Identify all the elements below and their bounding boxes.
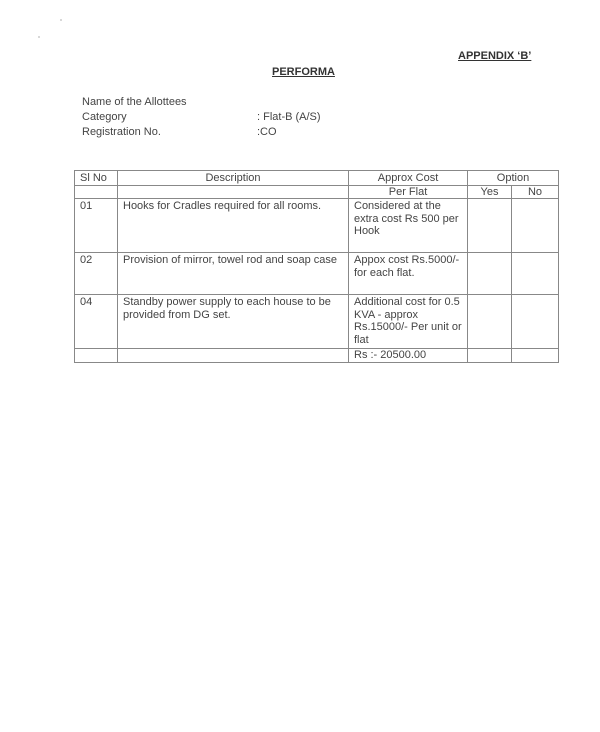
total-empty xyxy=(75,349,118,363)
table-header-row: Sl No Description Approx Cost Option xyxy=(75,171,559,186)
scan-speck xyxy=(38,36,40,38)
table-subheader-row: Per Flat Yes No xyxy=(75,185,559,199)
row-description: Standby power supply to each house to be… xyxy=(118,295,349,349)
table-row: 04 Standby power supply to each house to… xyxy=(75,295,559,349)
row-option-yes[interactable] xyxy=(468,199,512,253)
row-option-yes[interactable] xyxy=(468,295,512,349)
table-total-row: Rs :- 20500.00 xyxy=(75,349,559,363)
row-sl-no: 01 xyxy=(75,199,118,253)
row-cost: Appox cost Rs.5000/- for each flat. xyxy=(349,253,468,295)
row-option-no[interactable] xyxy=(512,295,559,349)
total-empty xyxy=(118,349,349,363)
scan-speck xyxy=(60,19,62,21)
header-description: Description xyxy=(118,171,349,186)
row-cost: Considered at the extra cost Rs 500 per … xyxy=(349,199,468,253)
header-per-flat: Per Flat xyxy=(349,185,468,199)
header-yes: Yes xyxy=(468,185,512,199)
row-option-yes[interactable] xyxy=(468,253,512,295)
row-description: Hooks for Cradles required for all rooms… xyxy=(118,199,349,253)
registration-value: :CO xyxy=(257,126,277,138)
total-empty xyxy=(512,349,559,363)
subheader-empty xyxy=(118,185,349,199)
appendix-label: APPENDIX ‘B’ xyxy=(458,50,531,62)
name-of-allottees-label: Name of the Allottees xyxy=(82,96,187,108)
row-sl-no: 02 xyxy=(75,253,118,295)
header-approx-cost: Approx Cost xyxy=(349,171,468,186)
total-cost: Rs :- 20500.00 xyxy=(349,349,468,363)
row-option-no[interactable] xyxy=(512,253,559,295)
document-title: PERFORMA xyxy=(272,66,335,78)
header-option: Option xyxy=(468,171,559,186)
category-value: : Flat-B (A/S) xyxy=(257,111,321,123)
registration-label: Registration No. xyxy=(82,126,161,138)
row-cost: Additional cost for 0.5 KVA - approx Rs.… xyxy=(349,295,468,349)
total-empty xyxy=(468,349,512,363)
performa-table: Sl No Description Approx Cost Option Per… xyxy=(74,170,559,363)
table-row: 01 Hooks for Cradles required for all ro… xyxy=(75,199,559,253)
category-label: Category xyxy=(82,111,127,123)
header-no: No xyxy=(512,185,559,199)
table-row: 02 Provision of mirror, towel rod and so… xyxy=(75,253,559,295)
row-sl-no: 04 xyxy=(75,295,118,349)
header-sl-no: Sl No xyxy=(75,171,118,186)
row-option-no[interactable] xyxy=(512,199,559,253)
subheader-empty xyxy=(75,185,118,199)
row-description: Provision of mirror, towel rod and soap … xyxy=(118,253,349,295)
